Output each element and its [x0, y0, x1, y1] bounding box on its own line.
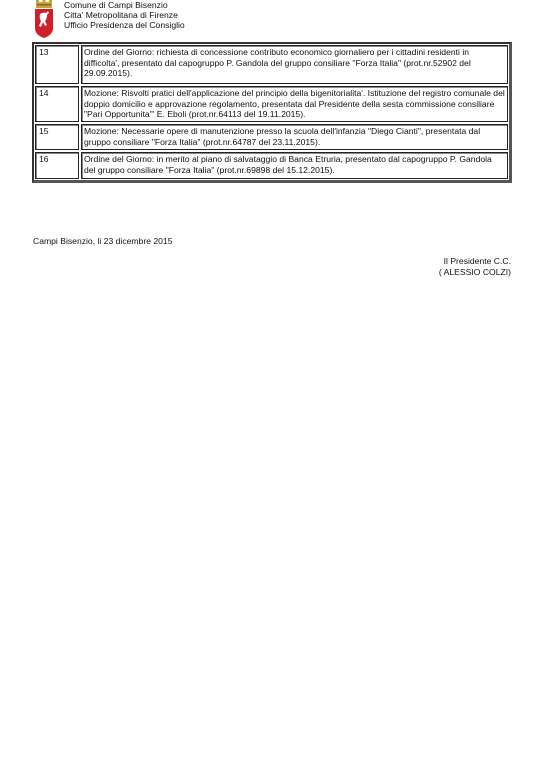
table-row: 15 Mozione: Necessarie opere di manutenz… [35, 124, 508, 150]
table-row: 16 Ordine del Giorno: in merito al piano… [35, 152, 508, 179]
office-name: Ufficio Presidenza del Consiglio [64, 20, 185, 30]
item-description: Mozione: Necessarie opere di manutenzion… [81, 124, 508, 150]
letterhead: Comune di Campi Bisenzio Citta' Metropol… [34, 0, 185, 40]
item-number: 16 [35, 152, 79, 179]
item-number: 15 [35, 124, 79, 150]
place-and-date: Campi Bisenzio, li 23 dicembre 2015 [33, 236, 172, 246]
municipality-name: Comune di Campi Bisenzio [64, 0, 185, 10]
item-description: Ordine del Giorno: in merito al piano di… [81, 152, 508, 179]
item-description: Ordine del Giorno: richiesta di concessi… [81, 45, 508, 84]
item-description: Mozione: Risvolti pratici dell'applicazi… [81, 86, 508, 122]
item-number: 13 [35, 45, 79, 84]
coat-of-arms-icon [34, 0, 54, 38]
signature-name: ( ALESSIO COLZI) [439, 267, 511, 278]
signature-title: Il Presidente C.C. [439, 256, 511, 267]
agenda-table: 13 Ordine del Giorno: richiesta di conce… [32, 42, 512, 183]
item-number: 14 [35, 86, 79, 122]
table-row: 13 Ordine del Giorno: richiesta di conce… [35, 45, 508, 84]
signature-block: Il Presidente C.C. ( ALESSIO COLZI) [439, 256, 511, 278]
metropolitan-city-name: Citta' Metropolitana di Firenze [64, 10, 185, 20]
table-row: 14 Mozione: Risvolti pratici dell'applic… [35, 86, 508, 122]
